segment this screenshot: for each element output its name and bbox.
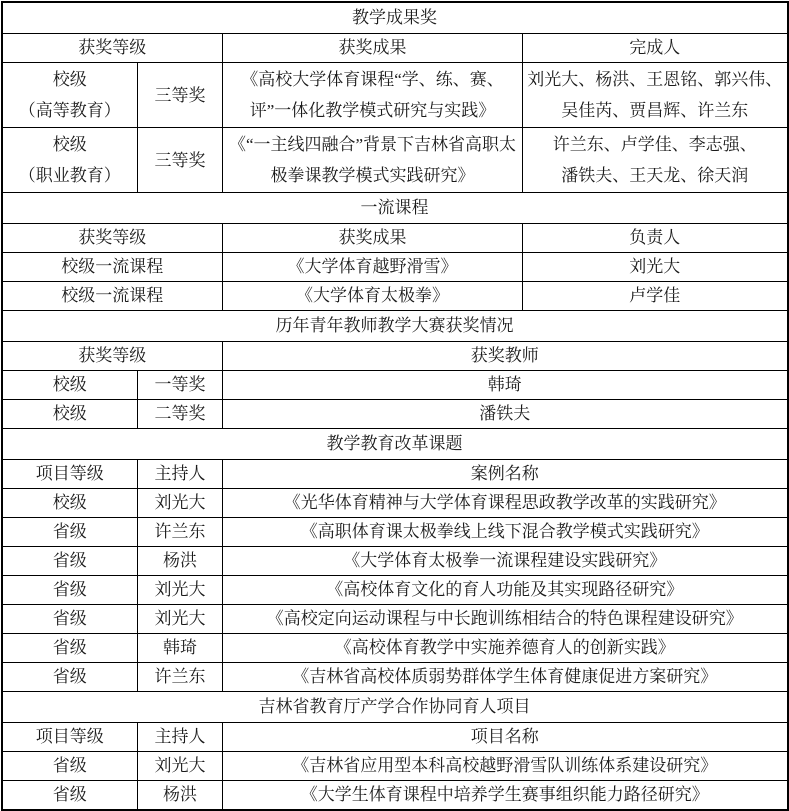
- cell-level: 省级: [2, 781, 138, 811]
- col-header-leader: 负责人: [523, 224, 788, 253]
- table-row: 校级 （职业教育） 三等奖 《“一主线四融合”背景下吉林省高职太极拳课教学模式实…: [2, 128, 788, 193]
- section-title: 教学教育改革课题: [2, 429, 788, 460]
- table-row: 省级 刘光大 《高校体育文化的育人功能及其实现路径研究》: [2, 576, 788, 605]
- section-teaching-achievement: 教学成果奖: [2, 2, 788, 34]
- col-header-award-level: 获奖等级: [2, 34, 223, 63]
- table-row: 校级 二等奖 潘铁夫: [2, 400, 788, 429]
- section-teaching-reform: 教学教育改革课题: [2, 429, 788, 460]
- section1-header-row: 获奖等级 获奖成果 完成人: [2, 34, 788, 63]
- cell-host: 杨洪: [138, 547, 223, 576]
- cell-project-name: 《吉林省应用型本科高校越野滑雪队训练体系建设研究》: [223, 752, 788, 781]
- cell-level: 省级: [2, 547, 138, 576]
- cell-teacher: 韩琦: [223, 371, 788, 400]
- section-young-teacher-contest: 历年青年教师教学大赛获奖情况: [2, 311, 788, 342]
- table-row: 省级 杨洪 《大学生体育课程中培养学生赛事组织能力路径研究》: [2, 781, 788, 811]
- section3-header-row: 获奖等级 获奖教师: [2, 342, 788, 371]
- cell-level: 校级 （职业教育）: [2, 128, 138, 193]
- cell-project-name: 《光华体育精神与大学体育课程思政教学改革的实践研究》: [223, 489, 788, 518]
- section-title: 一流课程: [2, 193, 788, 224]
- cell-course: 《大学体育太极拳》: [223, 282, 523, 311]
- table-row: 省级 许兰东 《吉林省高校体质弱势群体学生体育健康促进方案研究》: [2, 663, 788, 692]
- table-row: 校级 （高等教育） 三等奖 《高校大学体育课程“学、练、赛、评”一体化教学模式研…: [2, 63, 788, 128]
- cell-project-name: 《高职体育课太极拳线上线下混合教学模式实践研究》: [223, 518, 788, 547]
- cell-host: 刘光大: [138, 576, 223, 605]
- cell-level: 省级: [2, 576, 138, 605]
- cell-level: 校级: [2, 371, 138, 400]
- cell-level: 省级: [2, 634, 138, 663]
- cell-project-name: 《大学体育太极拳一流课程建设实践研究》: [223, 547, 788, 576]
- section-jilin-collaboration: 吉林省教育厅产学合作协同育人项目: [2, 692, 788, 723]
- cell-project-name: 《高校体育教学中实施养德育人的创新实践》: [223, 634, 788, 663]
- col-header-host: 主持人: [138, 723, 223, 752]
- table-row: 省级 刘光大 《吉林省应用型本科高校越野滑雪队训练体系建设研究》: [2, 752, 788, 781]
- col-header-project-level: 项目等级: [2, 723, 138, 752]
- col-header-project-level: 项目等级: [2, 460, 138, 489]
- col-header-completers: 完成人: [523, 34, 788, 63]
- awards-table: 教学成果奖 获奖等级 获奖成果 完成人 校级 （高等教育） 三等奖 《高校大学体…: [1, 1, 789, 811]
- table-row: 省级 许兰东 《高职体育课太极拳线上线下混合教学模式实践研究》: [2, 518, 788, 547]
- cell-host: 刘光大: [138, 489, 223, 518]
- cell-project-name: 《高校体育文化的育人功能及其实现路径研究》: [223, 576, 788, 605]
- cell-level: 校级: [2, 400, 138, 429]
- col-header-award-result: 获奖成果: [223, 224, 523, 253]
- section-title: 吉林省教育厅产学合作协同育人项目: [2, 692, 788, 723]
- cell-course: 《大学体育越野滑雪》: [223, 253, 523, 282]
- section-first-class-course: 一流课程: [2, 193, 788, 224]
- section-title: 历年青年教师教学大赛获奖情况: [2, 311, 788, 342]
- cell-host: 杨洪: [138, 781, 223, 811]
- cell-achievement: 《“一主线四融合”背景下吉林省高职太极拳课教学模式实践研究》: [223, 128, 523, 193]
- cell-project-name: 《高校定向运动课程与中长跑训练相结合的特色课程建设研究》: [223, 605, 788, 634]
- cell-level: 校级: [2, 489, 138, 518]
- cell-project-name: 《大学生体育课程中培养学生赛事组织能力路径研究》: [223, 781, 788, 811]
- col-header-award-teacher: 获奖教师: [223, 342, 788, 371]
- cell-level: 省级: [2, 518, 138, 547]
- section-title: 教学成果奖: [2, 2, 788, 34]
- cell-person: 刘光大: [523, 253, 788, 282]
- cell-level: 校级一流课程: [2, 253, 223, 282]
- col-header-project-name: 项目名称: [223, 723, 788, 752]
- table-row: 省级 刘光大 《高校定向运动课程与中长跑训练相结合的特色课程建设研究》: [2, 605, 788, 634]
- cell-host: 韩琦: [138, 634, 223, 663]
- cell-host: 许兰东: [138, 663, 223, 692]
- cell-people: 许兰东、卢学佳、李志强、 潘铁夫、王天龙、徐天润: [523, 128, 788, 193]
- col-header-award-level: 获奖等级: [2, 342, 223, 371]
- cell-award: 三等奖: [138, 128, 223, 193]
- cell-award: 一等奖: [138, 371, 223, 400]
- cell-achievement: 《高校大学体育课程“学、练、赛、评”一体化教学模式研究与实践》: [223, 63, 523, 128]
- cell-project-name: 《吉林省高校体质弱势群体学生体育健康促进方案研究》: [223, 663, 788, 692]
- table-row: 校级一流课程 《大学体育太极拳》 卢学佳: [2, 282, 788, 311]
- cell-teacher: 潘铁夫: [223, 400, 788, 429]
- section2-header-row: 获奖等级 获奖成果 负责人: [2, 224, 788, 253]
- cell-host: 刘光大: [138, 605, 223, 634]
- section5-header-row: 项目等级 主持人 项目名称: [2, 723, 788, 752]
- col-header-case-name: 案例名称: [223, 460, 788, 489]
- cell-host: 许兰东: [138, 518, 223, 547]
- section4-header-row: 项目等级 主持人 案例名称: [2, 460, 788, 489]
- cell-level: 省级: [2, 663, 138, 692]
- col-header-award-level: 获奖等级: [2, 224, 223, 253]
- cell-award: 三等奖: [138, 63, 223, 128]
- table-row: 校级一流课程 《大学体育越野滑雪》 刘光大: [2, 253, 788, 282]
- col-header-award-result: 获奖成果: [223, 34, 523, 63]
- table-row: 省级 韩琦 《高校体育教学中实施养德育人的创新实践》: [2, 634, 788, 663]
- cell-level: 省级: [2, 605, 138, 634]
- cell-level: 省级: [2, 752, 138, 781]
- cell-people: 刘光大、杨洪、王恩铭、郭兴伟、吴佳芮、贾昌辉、许兰东: [523, 63, 788, 128]
- cell-host: 刘光大: [138, 752, 223, 781]
- cell-person: 卢学佳: [523, 282, 788, 311]
- cell-level: 校级 （高等教育）: [2, 63, 138, 128]
- cell-award: 二等奖: [138, 400, 223, 429]
- col-header-host: 主持人: [138, 460, 223, 489]
- table-row: 校级 刘光大 《光华体育精神与大学体育课程思政教学改革的实践研究》: [2, 489, 788, 518]
- table-row: 校级 一等奖 韩琦: [2, 371, 788, 400]
- table-row: 省级 杨洪 《大学体育太极拳一流课程建设实践研究》: [2, 547, 788, 576]
- cell-level: 校级一流课程: [2, 282, 223, 311]
